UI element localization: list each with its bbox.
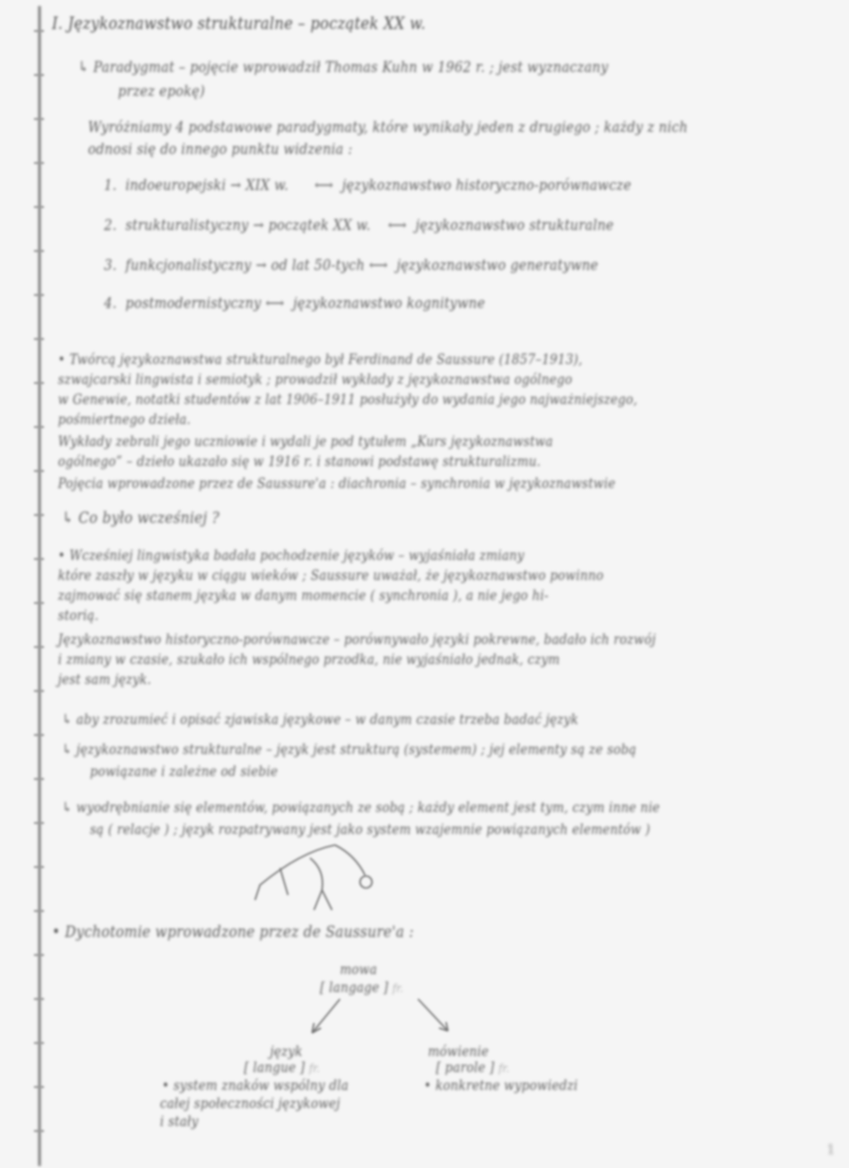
margin-line: [38, 6, 41, 1166]
margin-tick: [34, 954, 44, 956]
margin-tick: [34, 30, 44, 32]
page-title: I. Językoznawstwo strukturalne – począte…: [52, 14, 426, 34]
paragraph-line: ogólnego” – dzieło ukazało się w 1916 r.…: [58, 454, 541, 470]
paradigm-item-1: 1. indoeuropejski → XIX w. ⟷ językoznaws…: [104, 176, 631, 194]
diagram-right-term: [ parole ] fr.: [436, 1060, 509, 1076]
margin-tick: [34, 382, 44, 384]
paradigm-item-2: 2. strukturalistyczny → początek XX w. ⟷…: [104, 216, 614, 234]
diagram-root-term: [ langage ] fr.: [320, 980, 403, 996]
paragraph-line: które zaszły w języku w ciągu wieków ; S…: [58, 568, 604, 584]
paragraph-line: zajmować się stanem języka w danym momen…: [58, 588, 549, 604]
margin-tick: [34, 514, 44, 516]
margin-tick: [34, 162, 44, 164]
margin-tick: [34, 998, 44, 1000]
paragraph-line: jest sam język.: [58, 672, 151, 688]
arrow-point: ↳ wyodrębnianie się elementów, powiązany…: [62, 800, 660, 816]
margin-tick: [34, 118, 44, 120]
paragraph-line: Wykłady zebrali jego uczniowie i wydali …: [58, 434, 553, 450]
margin-tick: [34, 910, 44, 912]
paragraph-line: storią.: [58, 608, 99, 624]
paragraph-line: i zmiany w czasie, szukało ich wspólnego…: [58, 652, 560, 668]
paragraph-line: w Genewie, notatki studentów z lat 1906–…: [58, 392, 637, 408]
paradigm-intro-2: odnosi się do innego punktu widzenia :: [88, 140, 353, 158]
margin-tick: [34, 602, 44, 604]
double-arrow-icon: ⟷: [369, 256, 388, 274]
paragraph-line: • Twórcą językoznawstwa strukturalnego b…: [58, 352, 583, 368]
margin-tick: [34, 866, 44, 868]
paradigm-item-4: 4. postmodernistyczny ⟷ językoznawstwo k…: [104, 294, 485, 312]
diagram-left-term: [ langue ] fr.: [244, 1060, 320, 1076]
paragraph-line: szwajcarski lingwista i semiotyk ; prowa…: [58, 372, 572, 388]
margin-tick: [34, 646, 44, 648]
margin-tick: [34, 1042, 44, 1044]
paradigm-line-1: ↳ Paradygmat – pojęcie wprowadził Thomas…: [78, 58, 608, 76]
margin-tick: [34, 426, 44, 428]
margin-tick: [34, 250, 44, 252]
paragraph-line: Pojęcia wprowadzone przez de Saussure'a …: [58, 476, 615, 492]
diagram-left-desc-1: • system znaków wspólny dla: [162, 1078, 349, 1094]
paragraph-line: Językoznawstwo historyczno-porównawcze –…: [58, 632, 656, 648]
diagram-left-desc-3: i stały: [160, 1114, 198, 1130]
question-line: ↳ Co było wcześniej ?: [62, 508, 220, 527]
paragraph-line: pośmiertnego dzieła.: [58, 412, 191, 428]
tree-sketch: [240, 840, 390, 920]
margin-tick: [34, 294, 44, 296]
paragraph-line: • Wcześniej lingwistyka badała pochodzen…: [58, 548, 524, 564]
margin-tick: [34, 778, 44, 780]
paradigm-item-3: 3. funkcjonalistyczny → od lat 50-tych ⟷…: [104, 256, 598, 274]
margin-tick: [34, 1086, 44, 1088]
margin-tick: [34, 822, 44, 824]
margin-tick: [34, 558, 44, 560]
dichotomies-heading: • Dychotomie wprowadzone przez de Saussu…: [52, 922, 414, 941]
double-arrow-icon: ⟷: [388, 216, 407, 234]
page-number: 1: [827, 1143, 835, 1158]
diagram-right: mówienie: [428, 1044, 489, 1060]
margin-tick: [34, 470, 44, 472]
margin-tick: [34, 338, 44, 340]
margin-tick: [34, 206, 44, 208]
margin-tick: [34, 734, 44, 736]
diagram-arrows: [300, 995, 470, 1045]
arrow-point: ↳ językoznawstwo strukturalne – język je…: [62, 742, 636, 758]
diagram-left-desc-2: całej społeczności językowej: [160, 1096, 340, 1112]
paradigm-line-2: przez epokę): [118, 82, 205, 100]
margin-tick: [34, 74, 44, 76]
paradigm-intro-1: Wyróżniamy 4 podstawowe paradygmaty, któ…: [88, 118, 688, 136]
diagram-root: mowa: [340, 962, 377, 978]
double-arrow-icon: ⟷: [266, 294, 285, 312]
margin-tick: [34, 1130, 44, 1132]
arrow-point: ↳ aby zrozumieć i opisać zjawiska języko…: [62, 712, 578, 728]
diagram-left: język: [270, 1044, 303, 1060]
double-arrow-icon: ⟷: [315, 176, 334, 194]
notebook-page: I. Językoznawstwo strukturalne – począte…: [0, 0, 849, 1168]
arrow-point: powiązane i zależne od siebie: [90, 764, 278, 780]
arrow-point: są ( relacje ) ; język rozpatrywany jest…: [90, 822, 650, 838]
diagram-right-desc: • konkretne wypowiedzi: [424, 1078, 578, 1094]
margin-tick: [34, 690, 44, 692]
